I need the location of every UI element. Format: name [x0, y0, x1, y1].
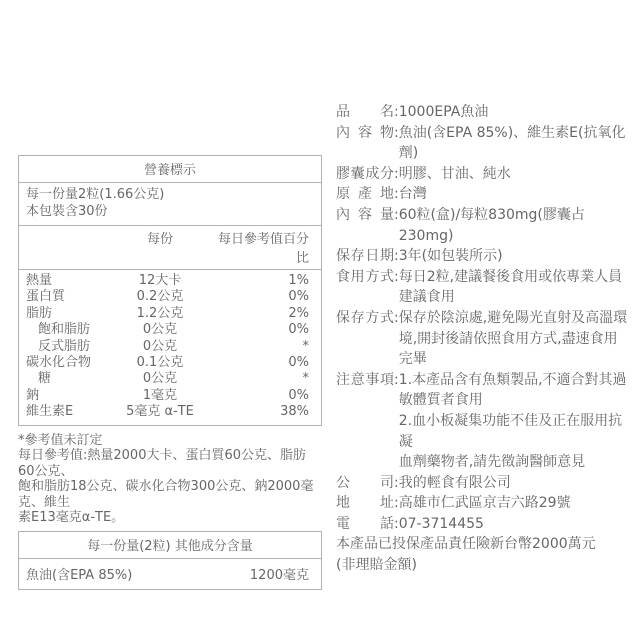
- nutrition-row-trans-fat: 反式脂肪 0公克 *: [19, 339, 321, 355]
- info-label: 內容量: [336, 205, 394, 226]
- info-row-storage: 保存方式: 保存於陰涼處,避免陽光直射及高溫環 境,開封後請依照食用方式,盡速食…: [336, 308, 634, 370]
- nutrient-name: 飽和脂肪: [26, 322, 104, 338]
- info-value: 魚油(含EPA 85%)、維生素E(抗氧化劑): [399, 123, 634, 164]
- nutrient-amount: 0.1公克: [104, 355, 216, 371]
- nutrition-row-saturated-fat: 飽和脂肪 0公克 0%: [19, 322, 321, 338]
- nutrition-column: 營養標示 每一份量2粒(1.66公克) 本包裝含30份 每份 每日參考值百分比 …: [18, 155, 322, 590]
- nutrient-pct: 0%: [216, 289, 309, 305]
- nutrient-amount: 1.2公克: [104, 306, 216, 322]
- footnote-asterisk-note: *參考值未訂定: [18, 433, 322, 449]
- ingredient-amount: 1200毫克: [250, 564, 309, 583]
- nutrition-row-sodium: 鈉 1毫克 0%: [19, 388, 321, 404]
- info-label: 品名: [336, 102, 394, 123]
- nutrient-pct: 1%: [216, 273, 309, 289]
- nutrient-pct: 2%: [216, 306, 309, 322]
- info-label: 注意事項: [336, 370, 394, 391]
- nutrient-amount: 12大卡: [104, 273, 216, 289]
- nutrient-pct: 0%: [216, 322, 309, 338]
- info-row-shelf-life: 保存日期: 3年(如包裝所示): [336, 246, 634, 267]
- nutrient-pct: *: [216, 371, 309, 387]
- other-ingredient-row: 魚油(含EPA 85%) 1200毫克: [19, 559, 321, 589]
- info-row-contents: 內容物: 魚油(含EPA 85%)、維生素E(抗氧化劑): [336, 123, 634, 164]
- nutrient-amount: 1毫克: [104, 388, 216, 404]
- nutrient-name: 鈉: [26, 388, 104, 404]
- info-label: 公司: [336, 473, 394, 494]
- info-label: 保存日期: [336, 246, 394, 267]
- nutrient-pct: *: [216, 339, 309, 355]
- nutrition-column-headers: 每份 每日參考值百分比: [19, 226, 321, 270]
- insurance-statement: 本產品已投保產品責任險新台幣2000萬元 (非理賠金額): [336, 534, 634, 575]
- info-row-capsule-ingredients: 膠囊成分: 明膠、甘油、純水: [336, 164, 634, 185]
- nutrient-amount: 5毫克 α-TE: [104, 404, 216, 420]
- info-label: 內容物: [336, 123, 394, 144]
- daily-pct-header: 每日參考值百分比: [216, 228, 309, 266]
- info-label: 膠囊成分: [336, 164, 394, 185]
- info-label: 食用方式: [336, 267, 394, 288]
- nutrition-row-protein: 蛋白質 0.2公克 0%: [19, 289, 321, 305]
- info-value: 60粒(盒)/每粒830mg(膠囊占230mg): [399, 205, 634, 246]
- nutrition-rows: 熱量 12大卡 1% 蛋白質 0.2公克 0% 脂肪 1.2公克 2% 飽和脂肪…: [19, 270, 321, 425]
- nutrient-name: 脂肪: [26, 306, 104, 322]
- nutrient-name: 糖: [26, 371, 104, 387]
- nutrient-pct: 0%: [216, 355, 309, 371]
- nutrition-row-calories: 熱量 12大卡 1%: [19, 273, 321, 289]
- info-row-net-content: 內容量: 60粒(盒)/每粒830mg(膠囊占230mg): [336, 205, 634, 246]
- info-label: 電話: [336, 514, 394, 535]
- product-details-column: 品名: 1000EPA魚油 內容物: 魚油(含EPA 85%)、維生素E(抗氧化…: [336, 102, 634, 576]
- serving-info: 每一份量2粒(1.66公克) 本包裝含30份: [19, 183, 321, 226]
- info-label: 原產地: [336, 184, 394, 205]
- info-value: 1000EPA魚油: [399, 102, 634, 123]
- nutrient-name: 蛋白質: [26, 289, 104, 305]
- nutrition-row-vitamin-e: 維生素E 5毫克 α-TE 38%: [19, 404, 321, 420]
- info-row-precautions: 注意事項: 1.本產品含有魚類製品,不適合對其過 敏體質者食用 2.血小板凝集功…: [336, 370, 634, 473]
- nutrient-name: 維生素E: [26, 404, 104, 420]
- other-ingredients-table: 每一份量(2粒) 其他成分含量 魚油(含EPA 85%) 1200毫克: [18, 531, 322, 590]
- nutrient-name: 碳水化合物: [26, 355, 104, 371]
- nutrient-pct: 38%: [216, 404, 309, 420]
- nutrient-amount: 0公克: [104, 371, 216, 387]
- info-value: 高雄市仁武區京吉六路29號: [399, 493, 634, 514]
- daily-reference-values: 每日參考值:熱量2000大卡、蛋白質60公克、脂肪60公克、 飽和脂肪18公克、…: [18, 448, 322, 526]
- info-value: 07-3714455: [399, 514, 634, 535]
- info-label: 保存方式: [336, 308, 394, 329]
- info-value: 3年(如包裝所示): [399, 246, 634, 267]
- other-ingredients-title: 每一份量(2粒) 其他成分含量: [19, 532, 321, 559]
- info-row-origin: 原產地: 台灣: [336, 184, 634, 205]
- info-value: 保存於陰涼處,避免陽光直射及高溫環 境,開封後請依照食用方式,盡速食用 完畢: [399, 308, 634, 370]
- nutrition-row-fat: 脂肪 1.2公克 2%: [19, 306, 321, 322]
- nutrient-amount: 0公克: [104, 322, 216, 338]
- info-row-address: 地址: 高雄市仁武區京吉六路29號: [336, 493, 634, 514]
- info-row-phone: 電話: 07-3714455: [336, 514, 634, 535]
- info-value: 明膠、甘油、純水: [399, 164, 634, 185]
- info-row-product-name: 品名: 1000EPA魚油: [336, 102, 634, 123]
- info-value: 我的輕食有限公司: [399, 473, 634, 494]
- nutrition-facts-table: 營養標示 每一份量2粒(1.66公克) 本包裝含30份 每份 每日參考值百分比 …: [18, 155, 322, 426]
- info-label: 地址: [336, 493, 394, 514]
- nutrient-pct: 0%: [216, 388, 309, 404]
- nutrition-table-title: 營養標示: [19, 156, 321, 183]
- info-value: 1.本產品含有魚類製品,不適合對其過 敏體質者食用 2.血小板凝集功能不佳及正在…: [399, 370, 634, 473]
- nutrient-amount: 0.2公克: [104, 289, 216, 305]
- ingredient-name: 魚油(含EPA 85%): [26, 564, 132, 583]
- reference-footnote: *參考值未訂定 每日參考值:熱量2000大卡、蛋白質60公克、脂肪60公克、 飽…: [18, 433, 322, 526]
- info-value: 台灣: [399, 184, 634, 205]
- nutrition-row-sugar: 糖 0公克 *: [19, 371, 321, 387]
- per-serving-header: 每份: [104, 228, 216, 266]
- nutrient-name: 熱量: [26, 273, 104, 289]
- info-row-company: 公司: 我的輕食有限公司: [336, 473, 634, 494]
- nutrient-amount: 0公克: [104, 339, 216, 355]
- nutrient-name: 反式脂肪: [26, 339, 104, 355]
- empty-header-cell: [26, 228, 104, 266]
- info-row-usage: 食用方式: 每日2粒,建議餐後食用或依專業人員 建議食用: [336, 267, 634, 308]
- info-value: 每日2粒,建議餐後食用或依專業人員 建議食用: [399, 267, 634, 308]
- nutrition-row-carbohydrate: 碳水化合物 0.1公克 0%: [19, 355, 321, 371]
